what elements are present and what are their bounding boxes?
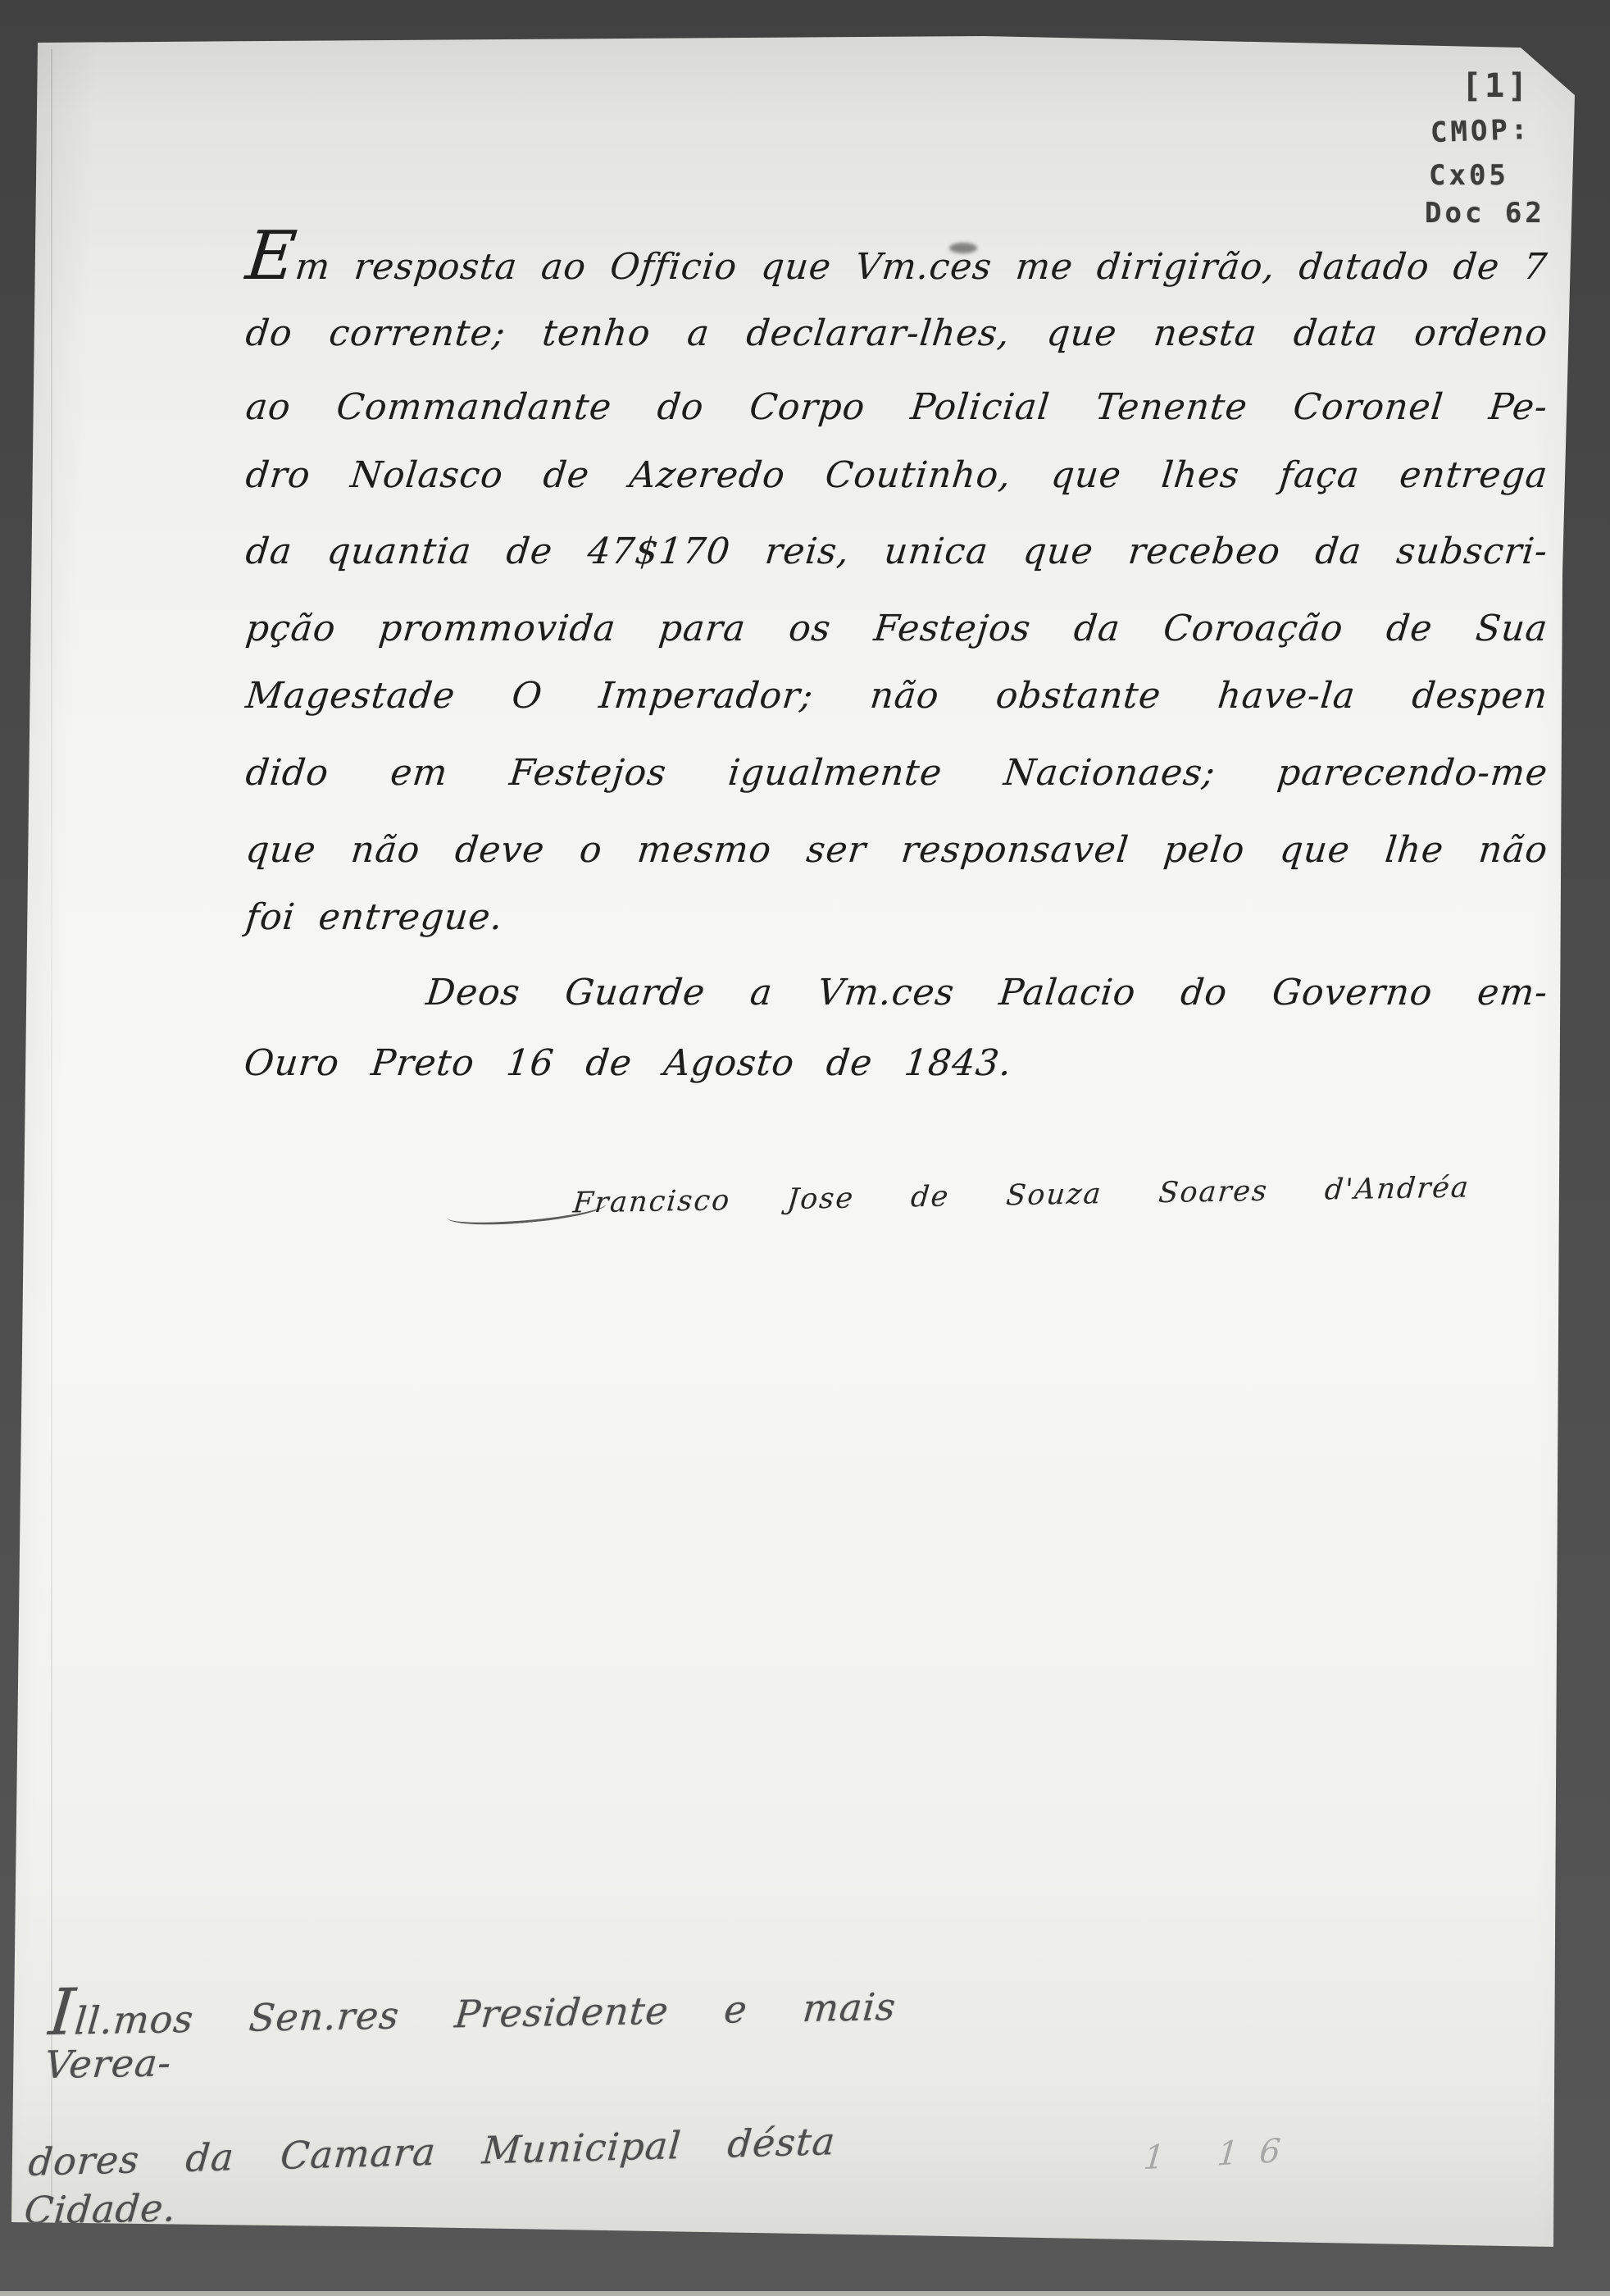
scanned-document: [1] CMOP: Cx05 Doc 62 Em resposta ao Off… — [0, 0, 1610, 2296]
letter-line-8: dido em Festejos igualmente Nacionaes; p… — [243, 753, 1549, 795]
addressee-line-1: Ill.mos Sen.res Presidente e mais Verea- — [43, 1981, 898, 2087]
letter-line-4: dro Nolasco de Azeredo Coutinho, que lhe… — [243, 455, 1549, 497]
scan-edge-strip — [0, 2291, 1610, 2296]
addressee-line-2: dores da Camara Municipal désta — [27, 2120, 838, 2184]
archive-page-number: [1] — [1462, 67, 1530, 105]
closing-line: Deos Guarde a Vm.ces Palacio do Governo … — [424, 973, 1549, 1014]
addressee-line-3: Cidade. — [23, 2186, 179, 2232]
letter-line-5: da quantia de 47$170 reis, unica que rec… — [243, 531, 1549, 573]
fold-crease — [51, 49, 52, 2198]
letter-line-7: Magestade O Imperador; não obstante have… — [243, 676, 1549, 717]
archive-collection-mark: CMOP: — [1430, 113, 1531, 149]
letter-line-2: do corrente; tenho a declarar-lhes, que … — [243, 313, 1549, 355]
letter-line-3: ao Commandante do Corpo Policial Tenente… — [243, 387, 1549, 429]
dateline: Ouro Preto 16 de Agosto de 1843. — [242, 1043, 1014, 1085]
letter-line-6: pção prommovida para os Festejos da Coro… — [243, 608, 1549, 650]
archive-doc-mark: Doc 62 — [1425, 197, 1545, 230]
archive-box-mark: Cx05 — [1429, 159, 1509, 192]
letter-line-1: Em resposta ao Officio que Vm.ces me dir… — [243, 238, 1550, 289]
manuscript-page: [1] CMOP: Cx05 Doc 62 Em resposta ao Off… — [0, 0, 1610, 2296]
letter-line-9: que não deve o mesmo ser responsavel pel… — [243, 830, 1549, 872]
pencil-note: 1 16 — [1142, 2131, 1303, 2177]
letter-line-10: foi entregue. — [243, 897, 1549, 939]
signature: Francisco Jose de Souza Soares d'Andréa — [571, 1171, 1471, 1219]
